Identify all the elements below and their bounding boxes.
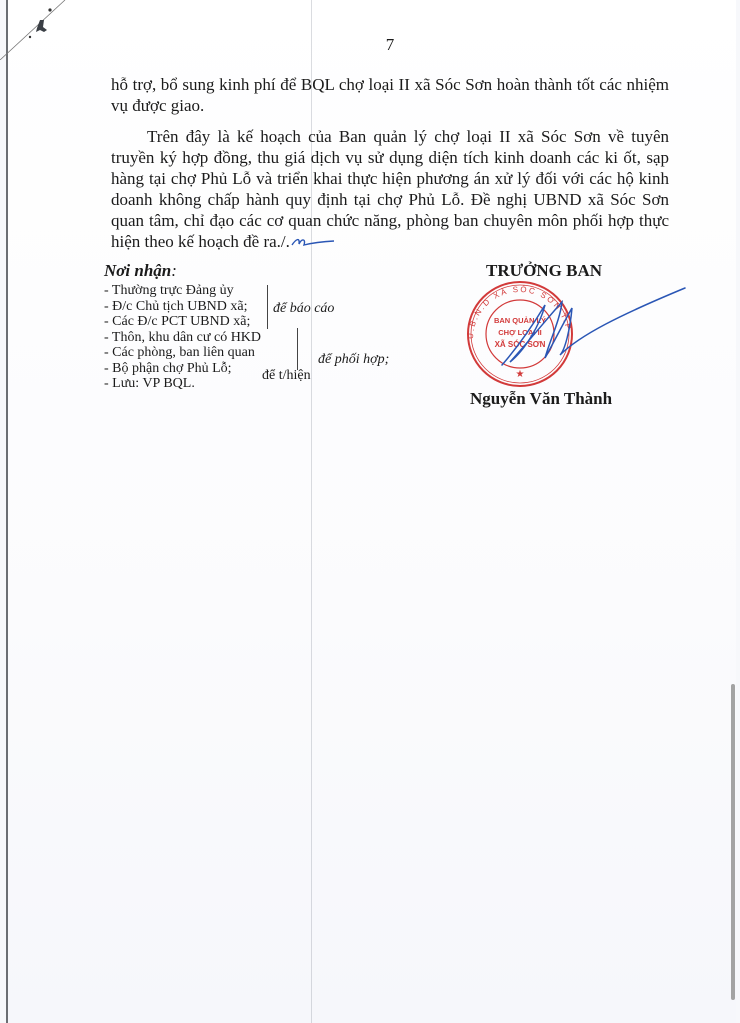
- recipient-item: - Lưu: VP BQL.: [104, 376, 261, 392]
- page-left-edge: [6, 0, 8, 1023]
- paragraph-text: hỗ trợ, bổ sung kinh phí để BQL chợ loại…: [111, 74, 669, 116]
- handwritten-signature-icon: [470, 280, 690, 380]
- annotation-implement: để t/hiện: [262, 368, 311, 384]
- brace-report: [267, 285, 268, 329]
- recipient-item: - Các phòng, ban liên quan: [104, 345, 261, 361]
- recipient-item: - Bộ phận chợ Phủ Lỗ;: [104, 361, 261, 377]
- recipient-item: - Các Đ/c PCT UBND xã;: [104, 314, 261, 330]
- recipients-title: Nơi nhận:: [104, 261, 261, 281]
- annotation-coordinate: để phối hợp;: [318, 352, 389, 368]
- paragraph-continuation: hỗ trợ, bổ sung kinh phí để BQL chợ loại…: [111, 74, 669, 116]
- paragraph-text: Trên đây là kế hoạch của Ban quản lý chợ…: [111, 127, 669, 251]
- recipient-item: - Thường trực Đảng ủy: [104, 283, 261, 299]
- recipients-block: Nơi nhận: - Thường trực Đảng ủy - Đ/c Ch…: [104, 261, 261, 392]
- paragraph-conclusion: Trên đây là kế hoạch của Ban quản lý chợ…: [111, 126, 669, 252]
- annotation-report: để báo cáo: [273, 301, 334, 317]
- signer-name: Nguyễn Văn Thành: [470, 389, 612, 409]
- scrollbar-thumb[interactable]: [731, 684, 735, 1000]
- brace-coordinate: [297, 328, 298, 370]
- initial-mark-icon: [290, 235, 336, 249]
- recipient-item: - Thôn, khu dân cư có HKD: [104, 330, 261, 346]
- page-number: 7: [0, 35, 740, 55]
- recipient-item: - Đ/c Chủ tịch UBND xã;: [104, 299, 261, 315]
